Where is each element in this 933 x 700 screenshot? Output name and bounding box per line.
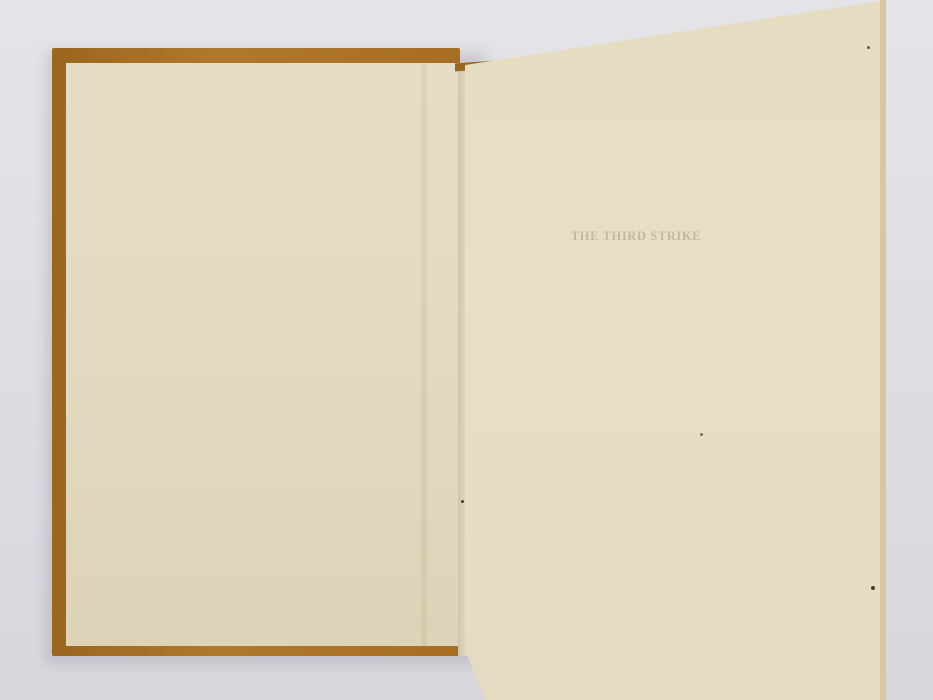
half-title-text: THE THIRD STRIKE	[556, 229, 716, 244]
paper-speck	[700, 433, 703, 436]
half-title-page	[465, 0, 886, 700]
front-pastedown	[66, 63, 460, 646]
paper-speck	[871, 586, 875, 590]
pastedown-hinge	[421, 63, 427, 646]
paper-speck	[461, 500, 464, 503]
paper-speck	[867, 46, 870, 49]
page-edge	[880, 0, 886, 700]
